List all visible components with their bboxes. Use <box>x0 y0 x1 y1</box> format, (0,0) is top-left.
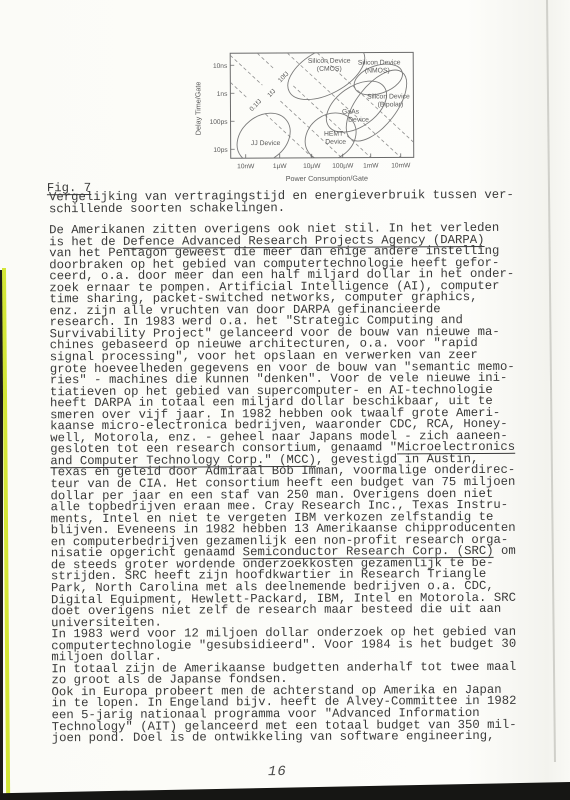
body-text: De Amerikanen zitten overigens ook niet … <box>49 223 557 745</box>
contour-label-1fJ: 1fJ <box>266 88 277 99</box>
region-labels: Silicon Device (CMOS) Silicon Device (NM… <box>250 57 410 147</box>
y-tick-100ps: 100ps <box>210 119 229 126</box>
y-axis: 10ns 1ns 100ps 10ps Delay Time/Gate <box>193 63 234 154</box>
page-content: 0.1fJ 1fJ 10fJ Silicon Device (CMOS) Sil… <box>0 0 570 800</box>
label-gaas-2: Device <box>348 117 369 124</box>
page-number: 16 <box>268 764 287 780</box>
figure-caption: Vergelijking van vertragingstijd en ener… <box>49 190 554 216</box>
delay-vs-power-chart: 0.1fJ 1fJ 10fJ Silicon Device (CMOS) Sil… <box>186 37 457 188</box>
x-tick-10nW: 10nW <box>237 163 255 170</box>
x-tick-1mW: 1mW <box>363 163 379 170</box>
text-line: joen pond. Doel is de ontwikkeling van s… <box>52 731 557 745</box>
y-tick-1ns: 1ns <box>217 91 228 98</box>
x-tick-100uW: 100µW <box>332 163 354 170</box>
label-silicon-bipolar: Silicon Device <box>367 93 410 100</box>
label-silicon-bipolar-2: (Bipolar) <box>378 101 404 108</box>
y-tick-10ns: 10ns <box>213 63 228 70</box>
label-hemt: HEMT <box>324 131 343 138</box>
label-gaas: GaAs <box>342 109 360 116</box>
label-jj: JJ Device <box>251 140 281 147</box>
label-hemt-2: Device <box>325 139 346 146</box>
label-silicon-nmos-2: (NMOS) <box>365 67 390 74</box>
x-tick-10mW: 10mW <box>391 162 411 169</box>
x-tick-1uW: 1µW <box>273 163 288 170</box>
scanned-document-page: 0.1fJ 1fJ 10fJ Silicon Device (CMOS) Sil… <box>0 0 570 800</box>
label-silicon-cmos: Silicon Device <box>308 58 351 65</box>
contour-label-0.1fJ: 0.1fJ <box>248 98 263 113</box>
x-axis-title: Power Consumption/Gate <box>286 174 368 183</box>
label-silicon-nmos: Silicon Device <box>358 59 401 66</box>
text-line: schillende soorten schakelingen. <box>49 201 554 215</box>
y-axis-title: Delay Time/Gate <box>193 82 202 136</box>
label-silicon-cmos-2: (CMOS) <box>317 66 342 73</box>
y-tick-10ps: 10ps <box>213 147 228 154</box>
x-tick-10uW: 10µW <box>303 163 321 170</box>
